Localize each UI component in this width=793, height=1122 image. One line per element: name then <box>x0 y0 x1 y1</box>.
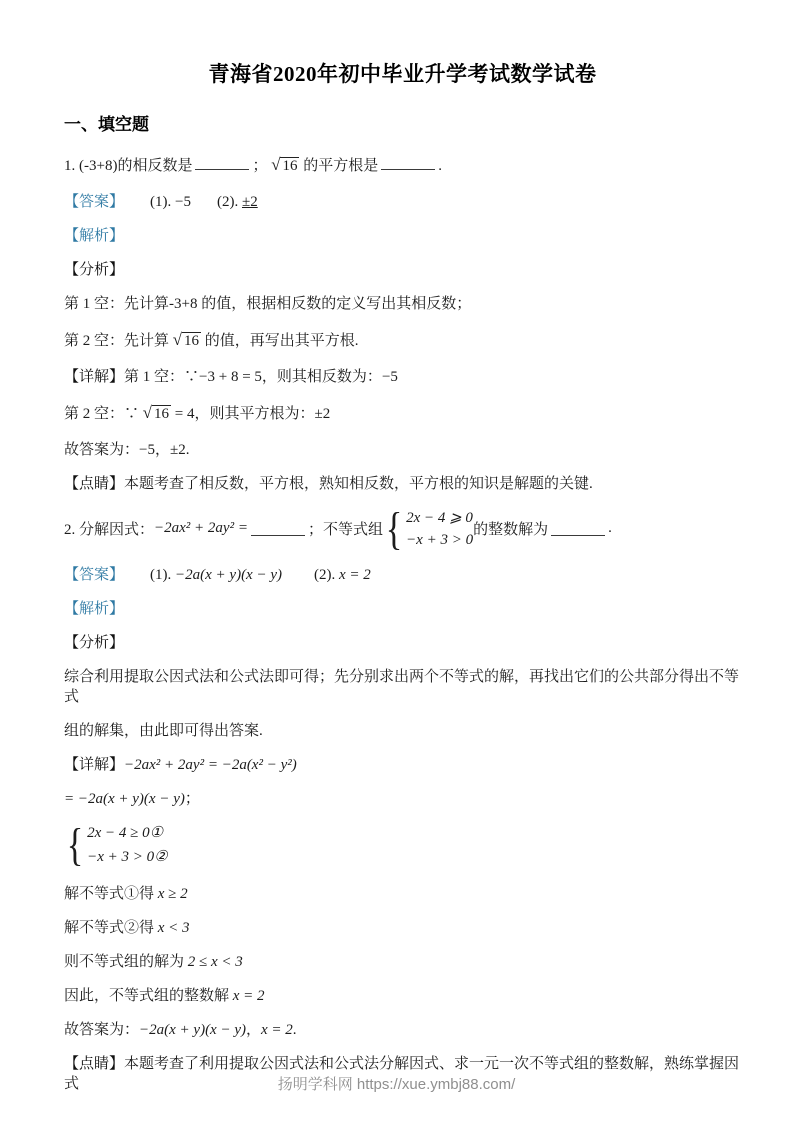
inequality-system: {2x − 4 ≥ 0①−x + 3 > 0② <box>64 823 168 866</box>
system-row-1: 2x − 4 ⩾ 0 <box>406 508 473 527</box>
q2-stem-text-b: ；不等式组 <box>308 518 383 539</box>
q1-concl-c: . <box>186 442 190 458</box>
q1-analysis-2: 第 2 空：先计算 √16 的值，再写出其平方根. <box>64 328 741 353</box>
q1-detail1-b: ，则其相反数为： <box>262 369 382 385</box>
q2-solve2-math: x < 3 <box>158 920 190 936</box>
q1-answer-line: 【答案】(1). −5(2). ±2 <box>64 192 741 212</box>
q1-detail2-b: ，则其平方根为： <box>194 406 314 422</box>
q1-concl-b: ， <box>155 442 170 458</box>
q1-concl-a: 故答案为： <box>64 442 139 458</box>
q1-ans1-value: −5 <box>175 194 191 210</box>
q2-range-text: 则不等式组的解为 <box>64 954 184 970</box>
q2-range-math: 2 ≤ x < 3 <box>188 954 243 970</box>
q2-solve-2: 解不等式②得 x < 3 <box>64 918 741 938</box>
exam-title: 青海省2020年初中毕业升学考试数学试卷 <box>64 58 741 88</box>
q1-detail2-value: ±2 <box>314 406 330 422</box>
q2-int-text: 因此，不等式组的整数解 <box>64 988 229 1004</box>
q2-ans2-value: x = 2 <box>339 567 371 583</box>
q2-jiexi-label-line: 【解析】 <box>64 599 741 619</box>
q1-detail2-a: 第 2 空：∵ <box>64 406 139 422</box>
section-heading: 一、填空题 <box>64 110 741 135</box>
q2-concl-m2: x = 2 <box>261 1022 293 1038</box>
q1-detail-2: 第 2 空：∵ √16 = 4，则其平方根为：±2 <box>64 401 741 426</box>
q1-jiexi-label-line: 【解析】 <box>64 226 741 246</box>
q1-detail-1: 【详解】第 1 空：∵−3 + 8 = 5，则其相反数为：−5 <box>64 367 741 387</box>
radicand: 16 <box>280 157 299 174</box>
q2-conclusion: 故答案为：−2a(x + y)(x − y)，x = 2. <box>64 1020 741 1040</box>
fenxi-label: 【分析】 <box>64 262 124 278</box>
q1-note: 【点睛】本题考查了相反数，平方根，熟知相反数，平方根的知识是解题的关键. <box>64 474 741 494</box>
q1-conclusion: 故答案为：−5，±2. <box>64 440 741 460</box>
system-row-2: −x + 3 > 0 <box>406 532 473 549</box>
q2-detail-2-punct: ； <box>185 791 200 807</box>
q2-detail-1: 【详解】−2ax² + 2ay² = −2a(x² − y²) <box>64 755 741 775</box>
q1-stem-text-d: . <box>438 158 442 174</box>
q2-stem-text-d: . <box>608 520 612 537</box>
sqrt-16: √16 <box>143 406 171 422</box>
detail-label: 【详解】 <box>64 369 124 385</box>
blank-line <box>251 522 305 536</box>
q2-stem-math: −2ax² + 2ay² = <box>154 520 248 537</box>
q1-concl-v2: ±2 <box>170 442 186 458</box>
q1-ans1-no: (1). <box>150 194 171 210</box>
q1-ans2-no: (2). <box>217 194 238 210</box>
q2-analysis-1: 综合利用提取公因式法和公式法即可得；先分别求出两个不等式的解，再找出它们的公共部… <box>64 667 741 707</box>
q1-ans2-value: ±2 <box>242 194 258 210</box>
q2-stem-text-a: 2. 分解因式： <box>64 518 154 539</box>
q2-ans2-no: (2). <box>314 567 335 583</box>
q2-solve2-text: 解不等式②得 <box>64 920 154 936</box>
blank-line <box>551 522 605 536</box>
q2-integer-solution: 因此，不等式组的整数解 x = 2 <box>64 986 741 1006</box>
left-brace: { <box>386 508 403 549</box>
q1-detail2-eq: = 4 <box>175 406 195 422</box>
system-row-1: 2x − 4 ≥ 0① <box>87 823 167 842</box>
document-page: 青海省2020年初中毕业升学考试数学试卷 一、填空题 1. (-3+8)的相反数… <box>0 0 793 1122</box>
answer-label: 【答案】 <box>64 567 124 583</box>
q1-detail1-a: 第 1 空：∵ <box>124 369 199 385</box>
q1-concl-v1: −5 <box>139 442 155 458</box>
q2-concl-m1: −2a(x + y)(x − y) <box>139 1022 246 1038</box>
q2-detail-math-2: = −2a(x + y)(x − y) <box>64 791 185 807</box>
q2-solution-system-block: {2x − 4 ≥ 0①−x + 3 > 0② <box>64 823 741 866</box>
q2-concl-b: ， <box>246 1022 261 1038</box>
q2-concl-a: 故答案为： <box>64 1022 139 1038</box>
detail-label: 【详解】 <box>64 757 124 773</box>
inequality-system: {2x − 4 ⩾ 0−x + 3 > 0 <box>383 508 473 549</box>
note-label: 【点睛】 <box>64 476 124 492</box>
q2-solve1-math: x ≥ 2 <box>158 886 188 902</box>
q2-ans1-no: (1). <box>150 567 171 583</box>
q2-solve1-text: 解不等式①得 <box>64 886 154 902</box>
q1-analysis-1: 第 1 空：先计算-3+8 的值，根据相反数的定义写出其相反数； <box>64 294 741 314</box>
q2-analysis-2: 组的解集，由此即可得出答案. <box>64 721 741 741</box>
q1-detail1-math: −3 + 8 = 5 <box>199 369 262 385</box>
q1-stem-text-a: 1. (-3+8)的相反数是 <box>64 158 192 174</box>
radical-sign: √ <box>173 330 182 349</box>
answer-label: 【答案】 <box>64 194 124 210</box>
q2-range: 则不等式组的解为 2 ≤ x < 3 <box>64 952 741 972</box>
q2-stem-text-c: 的整数解为 <box>473 518 548 539</box>
q2-concl-c: . <box>293 1022 297 1038</box>
radical-sign: √ <box>143 403 152 422</box>
q1-stem-text-b: ； <box>252 158 267 174</box>
blank-line <box>381 156 435 170</box>
q2-stem: 2. 分解因式：−2ax² + 2ay² =；不等式组{2x − 4 ⩾ 0−x… <box>64 508 741 549</box>
system-row-2: −x + 3 > 0② <box>87 847 167 866</box>
q2-ans1-value: −2a(x + y)(x − y) <box>175 567 282 583</box>
q1-stem: 1. (-3+8)的相反数是； √16 的平方根是. <box>64 153 741 178</box>
jiexi-label: 【解析】 <box>64 601 124 617</box>
radicand: 16 <box>182 332 201 349</box>
note-label: 【点睛】 <box>64 1056 124 1072</box>
q2-fenxi-label-line: 【分析】 <box>64 633 741 653</box>
q1-stem-text-c: 的平方根是 <box>303 158 378 174</box>
q1-fenxi-label-line: 【分析】 <box>64 260 741 280</box>
q2-answer-line: 【答案】(1). −2a(x + y)(x − y)(2). x = 2 <box>64 565 741 585</box>
sqrt-16: √16 <box>173 333 201 349</box>
left-brace: { <box>67 824 84 865</box>
jiexi-label: 【解析】 <box>64 228 124 244</box>
q1-analysis2-b: 的值，再写出其平方根. <box>205 333 359 349</box>
sqrt-16: √16 <box>271 158 299 174</box>
radicand: 16 <box>152 405 171 422</box>
q2-detail-2: = −2a(x + y)(x − y)； <box>64 789 741 809</box>
blank-line <box>195 156 249 170</box>
watermark-footer: 扬明学科网 https://xue.ymbj88.com/ <box>0 1073 793 1094</box>
q2-solve-1: 解不等式①得 x ≥ 2 <box>64 884 741 904</box>
q2-detail-math-1: −2ax² + 2ay² = −2a(x² − y²) <box>124 757 297 773</box>
fenxi-label: 【分析】 <box>64 635 124 651</box>
q1-detail1-value: −5 <box>382 369 398 385</box>
q1-analysis2-a: 第 2 空：先计算 <box>64 333 169 349</box>
q1-note-text: 本题考查了相反数，平方根，熟知相反数，平方根的知识是解题的关键. <box>124 476 593 492</box>
q2-int-math: x = 2 <box>233 988 265 1004</box>
